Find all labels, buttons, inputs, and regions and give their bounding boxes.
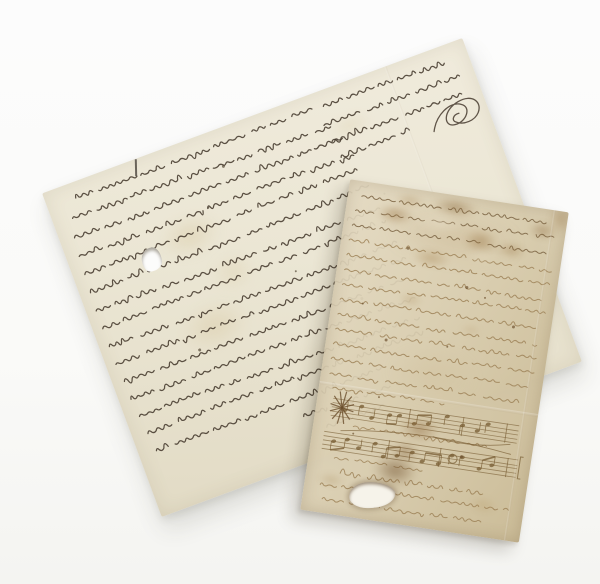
handwriting-line xyxy=(337,312,541,348)
handwriting-line xyxy=(346,251,556,288)
note-head xyxy=(489,463,494,467)
note-beam xyxy=(386,423,396,425)
note-stem xyxy=(371,443,372,452)
handwriting-line xyxy=(330,355,532,391)
handwriting-line xyxy=(335,325,542,361)
note-head xyxy=(411,422,416,426)
note-head xyxy=(474,429,479,433)
handwriting-line xyxy=(83,165,365,277)
staff-line xyxy=(330,415,516,443)
photo-of-manuscript-letters xyxy=(0,0,600,584)
note-stem xyxy=(408,452,409,461)
fold-tear-mark xyxy=(135,159,137,176)
handwriting-line xyxy=(340,296,543,331)
signature-flourish xyxy=(427,94,483,135)
handwriting-line xyxy=(339,126,414,159)
handwriting-line xyxy=(348,237,557,274)
note-head xyxy=(394,454,399,458)
staff-line xyxy=(322,439,516,469)
handwriting-line xyxy=(75,105,321,202)
note-stem xyxy=(343,439,344,448)
handwriting-line xyxy=(322,57,451,109)
handwriting-line xyxy=(71,117,338,223)
note-stem xyxy=(484,424,485,433)
slur-curve xyxy=(432,433,510,451)
handwriting-line xyxy=(73,132,351,241)
note-head xyxy=(368,416,373,420)
handwriting-line xyxy=(333,340,540,377)
staff-line xyxy=(321,448,515,478)
handwriting-line xyxy=(361,193,554,227)
staff-line xyxy=(333,398,519,427)
handwriting-line xyxy=(352,222,551,256)
handwriting-line xyxy=(321,496,484,526)
